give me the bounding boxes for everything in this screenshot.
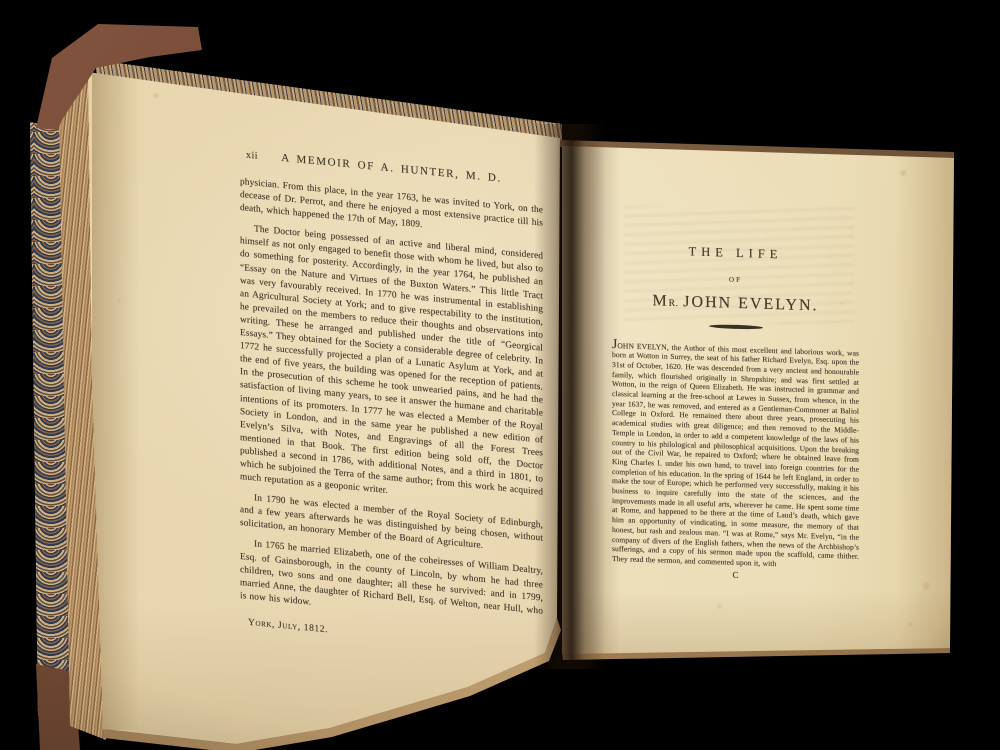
foxing-spot	[116, 298, 122, 304]
title-name: JOHN EVELYN.	[683, 293, 818, 314]
life-opening-paragraph: JOHN EVELYN, the Author of this most exc…	[612, 339, 859, 572]
chapter-title-line3: MR.JOHN EVELYN.	[612, 291, 859, 317]
life-text-block: THE LIFE OF MR.JOHN EVELYN. JOHN EVELYN,…	[612, 230, 859, 583]
foxing-spot	[152, 92, 160, 99]
foxing-spot	[907, 621, 914, 628]
title-mr-m: M	[652, 292, 668, 310]
foxing-spot	[921, 581, 932, 591]
book-photo: xii A MEMOIR OF A. HUNTER, M. D. physici…	[0, 0, 1000, 750]
right-page-bottom-shading	[562, 590, 954, 654]
book-gutter	[534, 124, 606, 669]
chapter-title-line1: THE LIFE	[612, 242, 859, 265]
foxing-spot	[715, 602, 724, 610]
title-mr-r: R.	[669, 298, 679, 309]
foxing-spot	[899, 169, 908, 177]
right-page-edge-shading	[896, 150, 954, 650]
page-number: xii	[246, 150, 258, 162]
memoir-paragraph: The Doctor being possessed of an active …	[240, 222, 543, 513]
chapter-title-line2: OF	[612, 272, 859, 288]
ornament-rule	[709, 324, 763, 329]
memoir-text-block: xii A MEMOIR OF A. HUNTER, M. D. physici…	[240, 148, 543, 656]
